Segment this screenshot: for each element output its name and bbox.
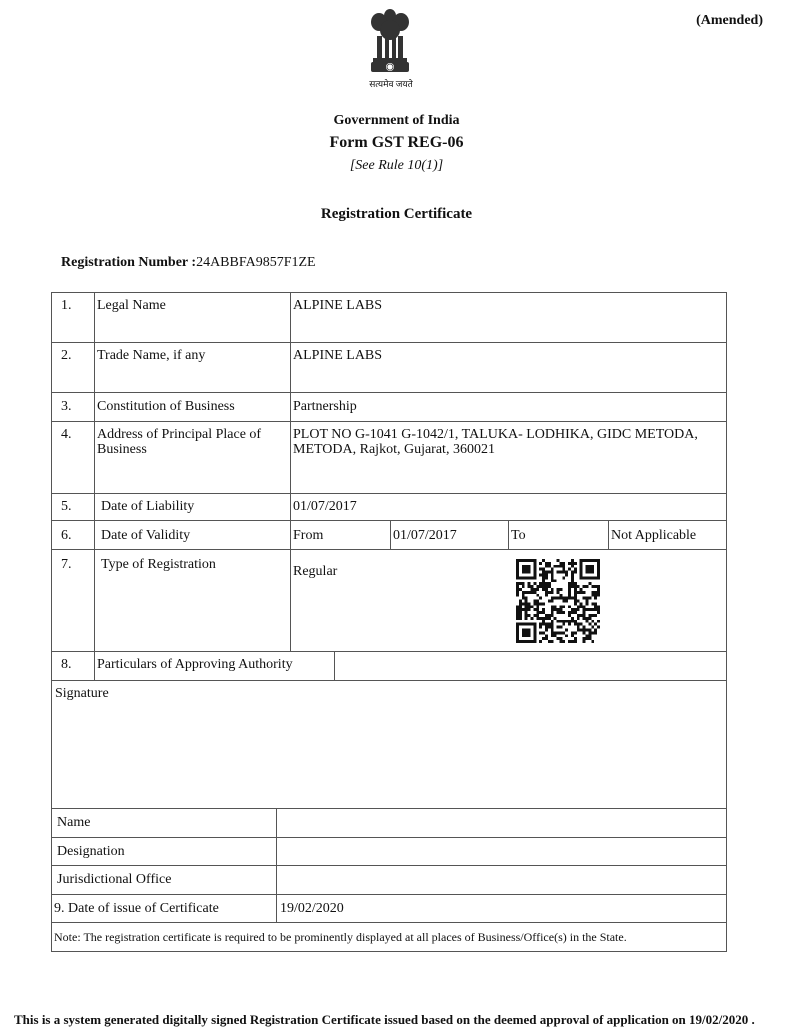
date-of-liability-value: 01/07/2017 — [293, 499, 357, 514]
amended-label: (Amended) — [696, 13, 763, 29]
address-value: PLOT NO G-1041 G-1042/1, TALUKA- LODHIKA… — [293, 427, 723, 457]
row-5-label: Date of Liability — [101, 499, 194, 514]
jurisdictional-office-label: Jurisdictional Office — [57, 872, 171, 887]
row-6-label: Date of Validity — [101, 528, 190, 543]
emblem-motto: सत्यमेव जयते — [362, 77, 420, 90]
validity-to-label: To — [511, 528, 526, 543]
government-heading: Government of India — [0, 113, 793, 129]
row-7-number: 7. — [61, 557, 72, 572]
row-2-number: 2. — [61, 348, 72, 363]
display-note: Note: The registration certificate is re… — [54, 930, 627, 945]
digital-signature-footer: This is a system generated digitally sig… — [14, 1012, 755, 1028]
row-5-number: 5. — [61, 499, 72, 514]
registration-type-value: Regular — [293, 564, 337, 579]
qr-code-icon — [516, 559, 600, 643]
row-8-label: Particulars of Approving Authority — [97, 657, 293, 672]
issue-date-value: 19/02/2020 — [280, 901, 344, 916]
row-3-label: Constitution of Business — [97, 399, 235, 414]
legal-name-value: ALPINE LABS — [293, 298, 382, 313]
authority-name-label: Name — [57, 815, 90, 830]
row-7-label: Type of Registration — [101, 557, 216, 572]
validity-to-value: Not Applicable — [611, 528, 696, 543]
rule-reference: [See Rule 10(1)] — [0, 158, 793, 174]
signature-label: Signature — [55, 686, 109, 701]
row-8-number: 8. — [61, 657, 72, 672]
validity-from-label: From — [293, 528, 323, 543]
row-2-label: Trade Name, if any — [97, 348, 205, 363]
issue-date-label: 9. Date of issue of Certificate — [54, 901, 219, 916]
row-1-label: Legal Name — [97, 298, 166, 313]
row-3-number: 3. — [61, 399, 72, 414]
row-1-number: 1. — [61, 298, 72, 313]
designation-label: Designation — [57, 844, 125, 859]
constitution-value: Partnership — [293, 399, 357, 414]
certificate-title: Registration Certificate — [0, 206, 793, 223]
registration-number-label: Registration Number : — [61, 255, 196, 270]
row-4-label: Address of Principal Place of Business — [97, 427, 282, 457]
registration-number-value: 24ABBFA9857F1ZE — [196, 255, 316, 270]
validity-from-value: 01/07/2017 — [393, 528, 457, 543]
row-4-number: 4. — [61, 427, 72, 442]
registration-number: Registration Number :24ABBFA9857F1ZE — [61, 255, 316, 271]
row-6-number: 6. — [61, 528, 72, 543]
trade-name-value: ALPINE LABS — [293, 348, 382, 363]
form-title: Form GST REG-06 — [0, 134, 793, 152]
